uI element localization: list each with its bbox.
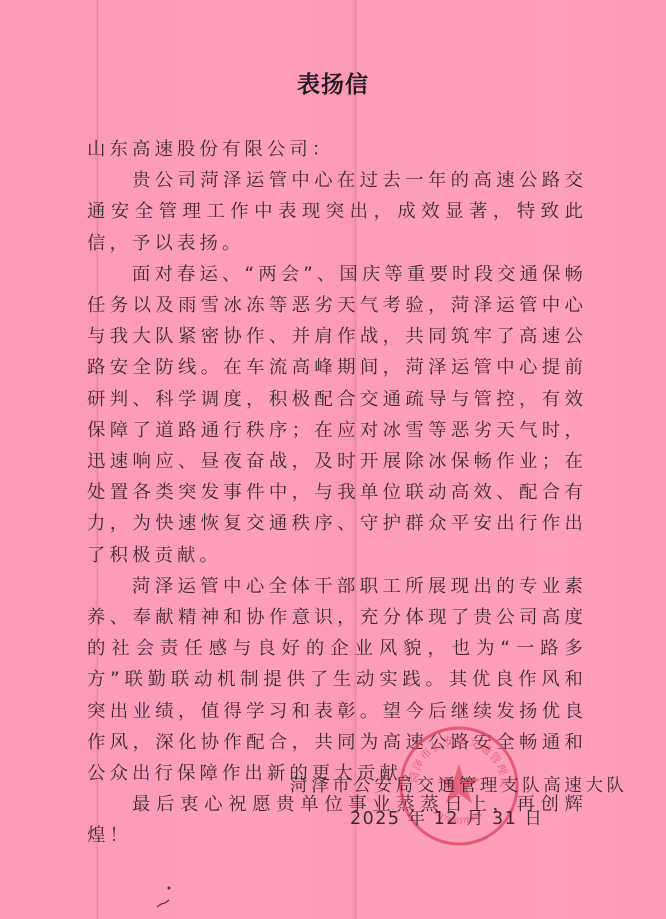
signature-date: 2025 年 12 月 31 日 (350, 805, 543, 830)
letter-title: 表扬信 (0, 66, 666, 99)
signature-organization: 菏泽市公安局交通管理支队高速大队 (290, 772, 628, 797)
paragraph: 贵公司菏泽运管中心在过去一年的高速公路交通安全管理工作中表现突出，成效显著，特致… (87, 165, 587, 259)
pen-mark (155, 885, 195, 915)
paragraph: 面对春运、“两会”、国庆等重要时段交通保畅任务以及雨雪冰冻等恶劣天气考验，菏泽运… (87, 259, 587, 571)
salutation: 山东高速股份有限公司： (87, 134, 587, 165)
